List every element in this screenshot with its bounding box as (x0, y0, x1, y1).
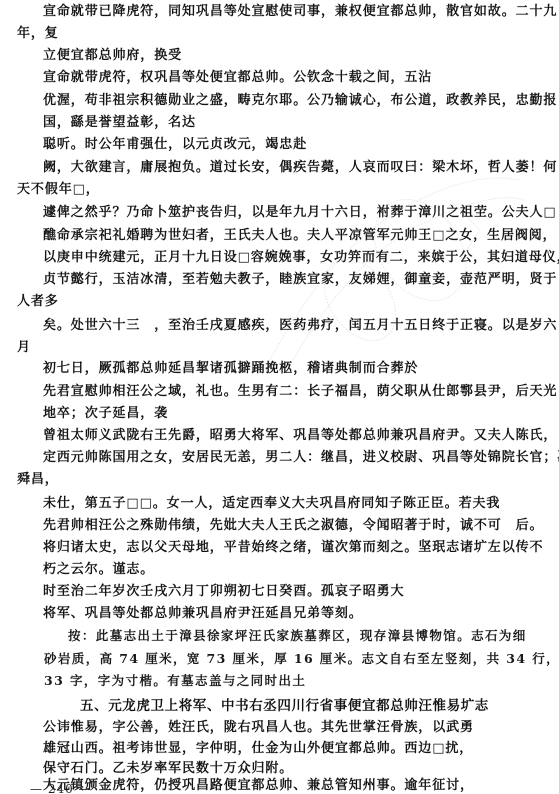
editor-note-line: 33 字，字为寸楷。有墓志盖与之同时出土 (44, 673, 306, 689)
text-line: 未仕，第五子□□。女一人，适定西奉义大夫巩昌府同知子陈正臣。若夫我 (43, 496, 500, 512)
text-line: 立便宜都总帅府，换受 (43, 48, 182, 64)
text-line: 朽之云尔。谨志。 (43, 562, 154, 578)
text-line: 人者多 (17, 294, 59, 310)
text-line: 月 (17, 340, 31, 356)
text-line: 贞节懿行，玉洁冰清，至若勉夫教子，睦族宜家，友娣娌，御童妾，壶范严明，贤于 (43, 272, 557, 288)
editor-note-line: 按：此墓志出土于漳县徐家坪汪氏家族墓葬区，现存漳县博物馆。志石为细 (68, 628, 527, 644)
text-line: 先君帅相汪公之殊勋伟绩，先妣大夫人王氏之淑德，令闻昭著于时，诚不可 后。 (43, 518, 543, 534)
text-line: 聪听。时公年甫强仕，以元贞改元，竭忠赴 (43, 137, 307, 153)
section-heading: 五、元龙虎卫上将军、中书右丞四川行省事便宜都总帅汪惟易圹志 (80, 694, 489, 714)
text-line: 宣命就带虎符，权巩昌等处便宜都总帅。公钦念十载之间，五沾 (43, 70, 432, 86)
section-text-line: 保守石门。乙未岁率军民数十万众归附。 (43, 761, 293, 777)
text-line: 以庚申中统建元，正月十九日设□容婉娩事，女功笄而有二，来嫔于公，其妇道母仪， (43, 250, 559, 266)
text-line: 遽俾之然乎？乃命卜筮护丧告归，以是年九月十六日，祔葬于漳川之祖茔。公夫人□ (43, 205, 557, 221)
text-line: 宣命就带已降虎符，同知巩昌等处宣慰使司事，兼权便宜都总帅，散官如故。二十九 (43, 4, 557, 20)
page-number: — 240 — (30, 782, 92, 794)
text-line: 天不假年□， (17, 182, 100, 198)
text-line: 曾祖太师义武陇右王先爵，昭勇大将军、巩昌等处都总帅兼巩昌府尹。又夫人陈氏， (43, 428, 557, 444)
text-line: 国，繇是誉望益彰，名达 (43, 115, 196, 131)
text-line: 先君宣慰帅相汪公之域，礼也。生男有二：长子福昌，荫父职从仕郎鄠县尹，后天光 (43, 384, 557, 400)
text-line: 定西元帅陈国用之女，安居民无恙，男二人：继昌，进义校尉、巩昌等处锦院长官；次 (43, 450, 559, 466)
text-line: 阙，大欲建言，庸展抱负。道过长安，偶疾告薨，人哀而叹曰：梁木坏，哲人萎！何 (43, 160, 557, 176)
watermark (250, 170, 530, 370)
text-line: 舜昌， (17, 472, 59, 488)
section-text-line: 雄冠山西。祖考讳世显，字仲明，仕金为山外便宜都总帅。西边□扰， (43, 741, 473, 757)
text-line: 将军、巩昌等处都总帅兼巩昌府尹汪延昌兄弟等刻。 (43, 606, 363, 622)
section-text-line: 公讳惟易，字公善，姓汪氏，陇右巩昌人也。其先世掌汪骨族，以武勇 (43, 720, 474, 736)
text-line: 年，复 (17, 26, 59, 42)
text-line: 将归诸太史，志以父天母地，平昔始终之绪，谨次第而刻之。坚珉志诸圹左以传不 (43, 540, 543, 556)
text-line: 矣。处世六十三 ，至治壬戌夏感疾，医药弗疗，闰五月十五日终于正寝。以是岁六 (43, 318, 557, 334)
text-line: 醮命承宗祀礼婚聘为世妇者，王氏夫人也。夫人平凉管军元帅王□之女，生居阀阅， (43, 228, 557, 244)
editor-note-line: 砂岩质，高 74 厘米，宽 73 厘米，厚 16 厘米。志文自右至左竖刻，共 3… (44, 651, 559, 667)
text-line: 优渥，苟非祖宗积德勋业之盛，畴克尔耶。公乃输诚心，布公道，政教养民，忠勤报 (43, 93, 557, 109)
text-line: 时至治二年岁次壬戌六月丁卯朔初七日癸酉。孤哀子昭勇大 (43, 584, 404, 600)
section-text-line: 大元镇颁金虎符，仍授巩昌路便宜都总帅、兼总管知州事。逾年征讨， (43, 778, 474, 794)
text-line: 初七日，厥孤都总帅延昌挈诸孤擗踊挽柩，稽诸典制而合葬於 (43, 361, 418, 377)
document-page: 宣命就带已降虎符，同知巩昌等处宣慰使司事，兼权便宜都总帅，散官如故。二十九 年，… (0, 0, 559, 794)
text-line: 地卒；次子延昌，袭 (43, 406, 168, 422)
watermark-logo-icon (250, 170, 530, 370)
